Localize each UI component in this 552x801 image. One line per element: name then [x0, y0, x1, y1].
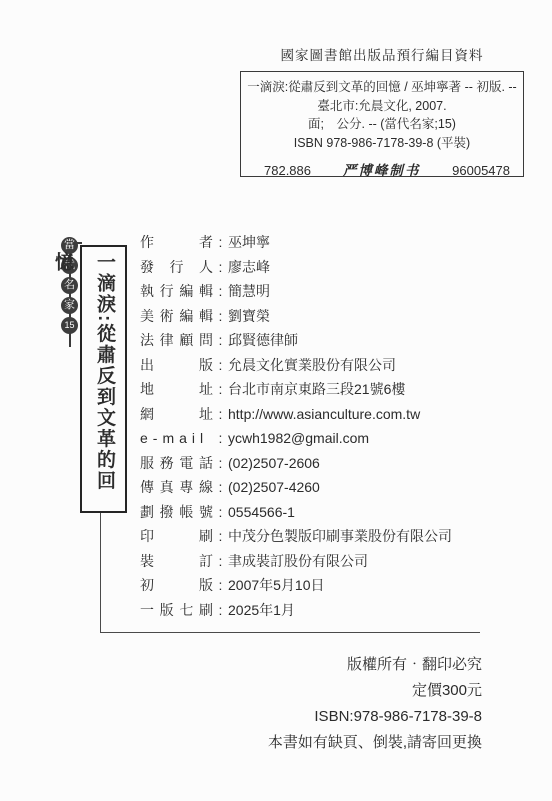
cip-bottom-row: 782.886 严博峰制书 96005478 [241, 152, 523, 179]
field-row: 裝訂:聿成裝訂股份有限公司 [140, 549, 452, 574]
field-label: 出版 [140, 355, 213, 375]
field-separator: : [213, 553, 228, 569]
field-label: 發行人 [140, 257, 213, 277]
field-value: ycwh1982@gmail.com [228, 430, 369, 446]
field-separator: : [213, 381, 228, 397]
field-separator: : [213, 504, 228, 520]
field-row: 地址:台北市南京東路三段21號6樓 [140, 377, 452, 402]
cip-record-number: 96005478 [452, 163, 510, 178]
field-row: 網址:http://www.asianculture.com.tw [140, 402, 452, 427]
field-separator: : [213, 479, 228, 495]
return-notice: 本書如有缺頁、倒裝,請寄回更換 [268, 730, 482, 756]
field-value: 巫坤寧 [228, 232, 270, 252]
field-value: 2007年5月10日 [228, 575, 325, 595]
field-row: 執行編輯:簡慧明 [140, 279, 452, 304]
divider-rule [100, 632, 480, 633]
field-row: 作者:巫坤寧 [140, 230, 452, 255]
field-separator: : [213, 430, 228, 446]
field-separator: : [213, 234, 228, 250]
field-value: 台北市南京東路三段21號6樓 [228, 379, 405, 399]
field-value: 2025年1月 [228, 600, 295, 620]
field-value: 簡慧明 [228, 281, 270, 301]
field-row: 印刷:中茂分色製版印刷事業股份有限公司 [140, 524, 452, 549]
spine-tail-line [100, 513, 101, 633]
colophon: 作者:巫坤寧 發行人:廖志峰 執行編輯:簡慧明 美術編輯:劉寶榮 法律顧問:邱賢… [140, 230, 452, 622]
field-label: 執行編輯 [140, 281, 213, 301]
field-row: 傳真專線:(02)2507-4260 [140, 475, 452, 500]
field-separator: : [213, 283, 228, 299]
field-row: 劃撥帳號:0554566-1 [140, 500, 452, 525]
cip-line: 面; 公分. -- (當代名家;15) [241, 115, 523, 134]
spine-title-box: 一滴淚:從肅反到文革的回憶 [80, 245, 127, 513]
field-separator: : [213, 357, 228, 373]
field-row: e-mail:ycwh1982@gmail.com [140, 426, 452, 451]
field-label: 服務電話 [140, 453, 213, 473]
field-value: 聿成裝訂股份有限公司 [228, 551, 368, 571]
field-label: 法律顧問 [140, 330, 213, 350]
field-label: 裝訂 [140, 551, 213, 571]
field-separator: : [213, 332, 228, 348]
field-value: 廖志峰 [228, 257, 270, 277]
field-value: 邱賢德律師 [228, 330, 298, 350]
field-separator: : [213, 602, 228, 618]
isbn: ISBN:978-986-7178-39-8 [268, 704, 482, 730]
cip-line: 臺北市:允晨文化, 2007. [241, 97, 523, 116]
field-separator: : [213, 308, 228, 324]
field-label: 美術編輯 [140, 306, 213, 326]
field-row: 服務電話:(02)2507-2606 [140, 451, 452, 476]
series-badge-number: 15 [61, 317, 78, 334]
field-label: 網址 [140, 404, 213, 424]
field-separator: : [213, 259, 228, 275]
footer: 版權所有‧翻印必究 定價300元 ISBN:978-986-7178-39-8 … [268, 652, 482, 756]
field-value: 允晨文化實業股份有限公司 [228, 355, 396, 375]
field-label: 一版七刷 [140, 600, 213, 620]
field-separator: : [213, 455, 228, 471]
cip-stamp: 严博峰制书 [343, 159, 421, 179]
field-value: 中茂分色製版印刷事業股份有限公司 [228, 526, 452, 546]
field-label: 作者 [140, 232, 213, 252]
price: 定價300元 [268, 678, 482, 704]
field-value: 劉寶榮 [228, 306, 270, 326]
field-separator: : [213, 577, 228, 593]
cip-class-number: 782.886 [264, 163, 311, 178]
field-row: 發行人:廖志峰 [140, 255, 452, 280]
field-value: (02)2507-2606 [228, 455, 320, 471]
book-colophon-page: 國家圖書館出版品預行編目資料 一滴淚:從肅反到文革的回憶 / 巫坤寧著 -- 初… [0, 0, 552, 801]
field-label: 地址 [140, 379, 213, 399]
cip-line: ISBN 978-986-7178-39-8 (平裝) [241, 134, 523, 153]
field-separator: : [213, 528, 228, 544]
cip-line: 一滴淚:從肅反到文革的回憶 / 巫坤寧著 -- 初版. -- [241, 78, 523, 97]
cip-header: 國家圖書館出版品預行編目資料 [240, 44, 524, 64]
field-value: http://www.asianculture.com.tw [228, 406, 420, 422]
field-label: e-mail [140, 430, 213, 446]
field-value: (02)2507-4260 [228, 479, 320, 495]
field-row: 一版七刷:2025年1月 [140, 598, 452, 623]
copyright-notice: 版權所有‧翻印必究 [268, 652, 482, 678]
field-row: 初版:2007年5月10日 [140, 573, 452, 598]
cip-lines: 一滴淚:從肅反到文革的回憶 / 巫坤寧著 -- 初版. -- 臺北市:允晨文化,… [241, 72, 523, 152]
field-row: 法律顧問:邱賢德律師 [140, 328, 452, 353]
field-row: 出版:允晨文化實業股份有限公司 [140, 353, 452, 378]
field-label: 印刷 [140, 526, 213, 546]
series-badge: 家 [61, 297, 78, 314]
series-badge: 名 [61, 277, 78, 294]
field-label: 傳真專線 [140, 477, 213, 497]
field-label: 初版 [140, 575, 213, 595]
field-row: 美術編輯:劉寶榮 [140, 304, 452, 329]
field-separator: : [213, 406, 228, 422]
field-label: 劃撥帳號 [140, 502, 213, 522]
cip-box: 一滴淚:從肅反到文革的回憶 / 巫坤寧著 -- 初版. -- 臺北市:允晨文化,… [240, 71, 524, 177]
field-value: 0554566-1 [228, 504, 295, 520]
